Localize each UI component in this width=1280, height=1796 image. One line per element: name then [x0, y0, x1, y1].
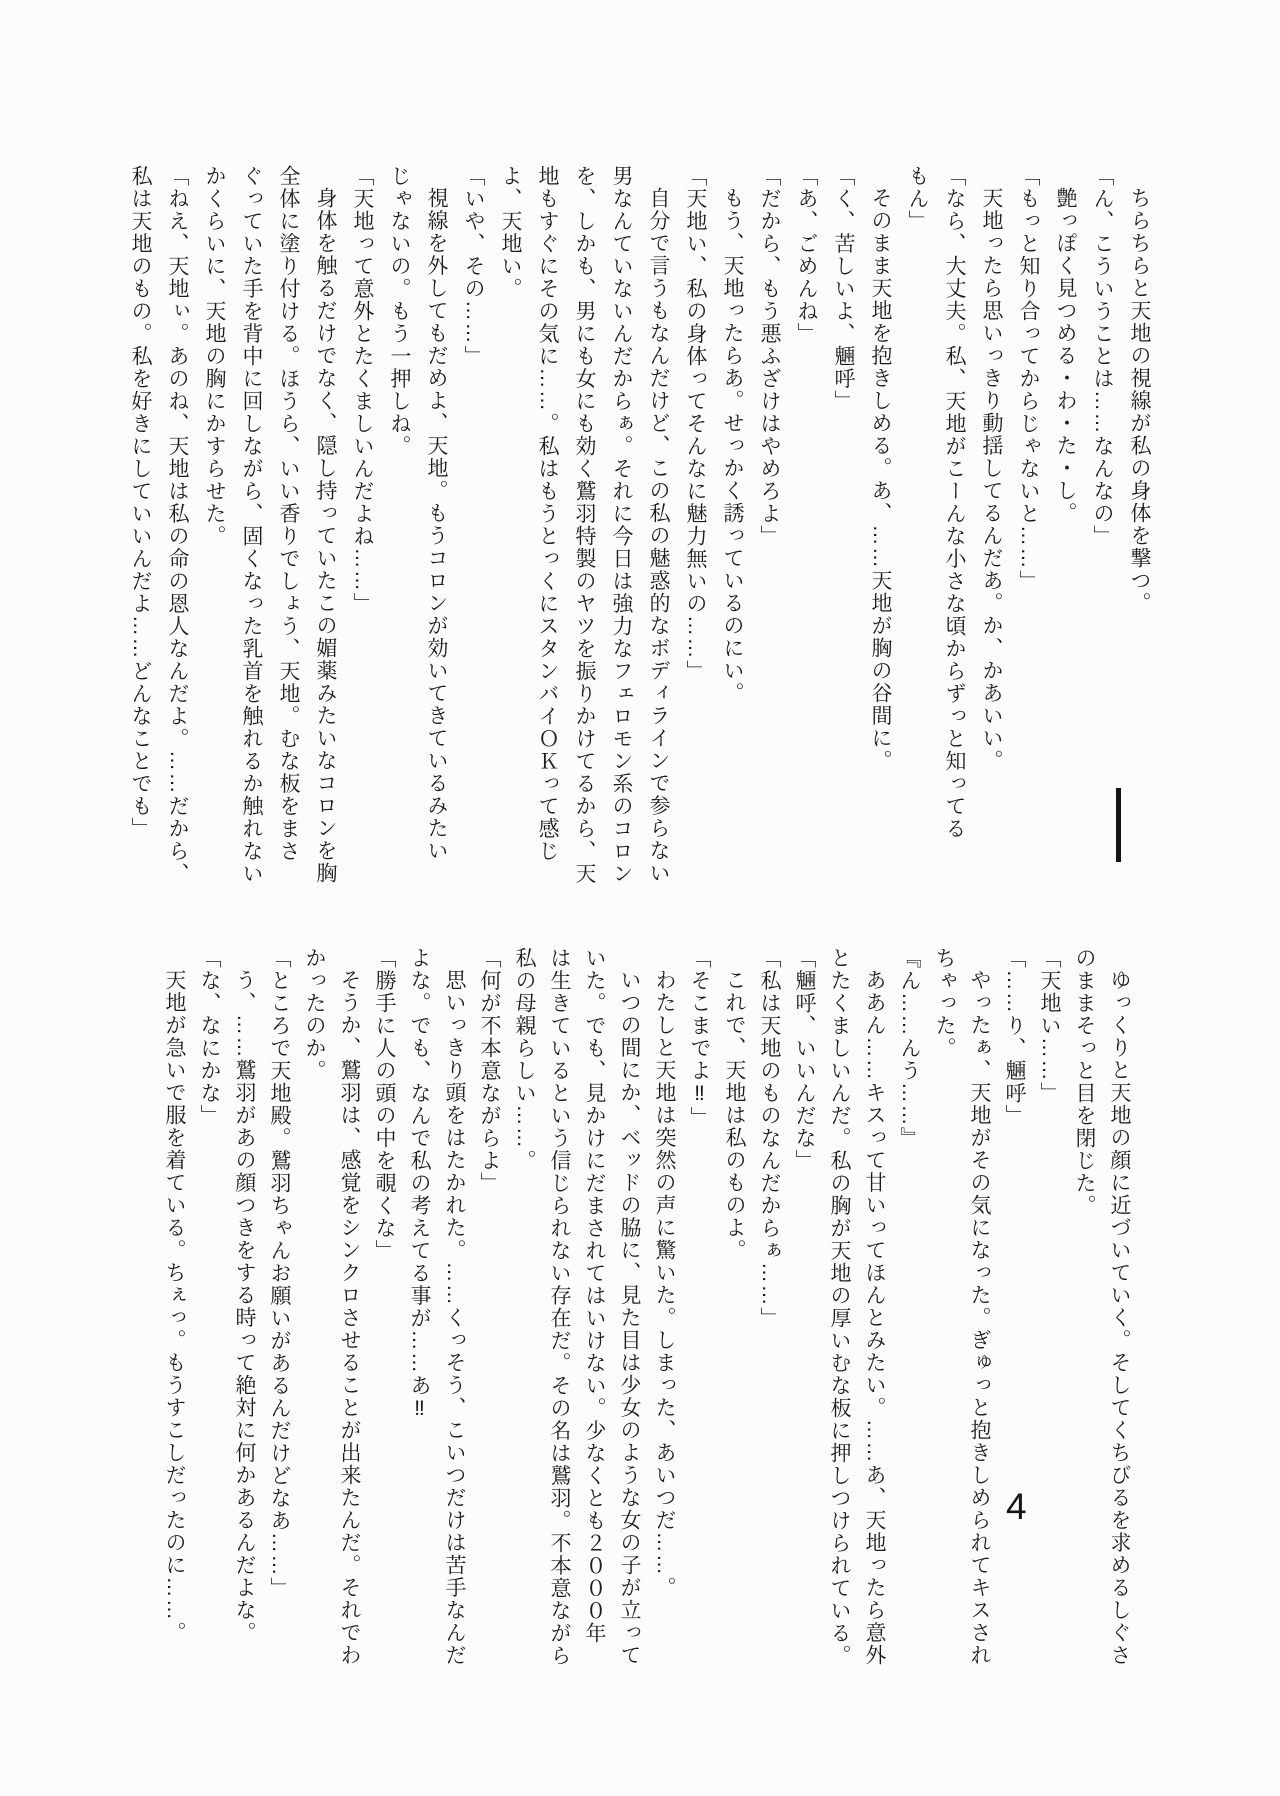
text-line: わたしと天地は突然の声に驚いた。しまった、あいつだ……。 — [647, 947, 682, 1587]
text-line: 全体に塗り付ける。ほうら、いい香りでしょう、天地。むな板をまさ — [270, 165, 307, 805]
text-line: 「あ、ごめんね」 — [788, 165, 825, 805]
text-line: 視線を外してもだめよ、天地。もうコロンが効いてきているみたい — [418, 165, 455, 805]
text-line: 「ねえ、天地ぃ。あのね、天地は私の命の恩人なんだよ。……だから、 — [159, 165, 196, 805]
text-line: よ、天地い。 — [492, 165, 529, 805]
text-line: ゆっくりと天地の顔に近づいていく。そしてくちびるを求めるしぐさ — [1102, 947, 1137, 1587]
text-line: もう、天地ったらあ。せっかく誘っているのにい。 — [714, 165, 751, 805]
text-line: 男なんていないんだからぁ。それに今日は強力なフェロモン系のコロン — [603, 165, 640, 805]
text-line: 「天地って意外とたくましいんだよね……」 — [344, 165, 381, 805]
text-line: ぐっていた手を背中に回しながら、固くなった乳首を触れるか触れない — [233, 165, 270, 805]
text-line: 「そこまでよ‼」 — [682, 947, 717, 1587]
text-line: う、……鷲羽があの顔つきをする時って絶対に何かあるんだよな。 — [227, 947, 262, 1587]
text-line: 「魎呼、いいんだな」 — [787, 947, 822, 1587]
text-line: いつの間にか、ベッドの脇に、見た目は少女のような女の子が立って — [612, 947, 647, 1587]
text-line: とたくましいんだ。私の胸が天地の厚いむな板に押しつけられている。 — [822, 947, 857, 1587]
text-line: 「ところで天地殿。鷲羽ちゃんお願いがあるんだけどなあ……」 — [262, 947, 297, 1587]
text-line: 艶っぽく見つめる・わ・た・し。 — [1047, 165, 1084, 805]
text-line: は生きているという信じられない存在だ。その名は鷲羽。不本意ながら — [542, 947, 577, 1587]
text-line: 『ん……んう……』 — [892, 947, 927, 1587]
text-line: 「な、なにかな」 — [192, 947, 227, 1587]
text-line: 天地ったら思いっきり動揺してるんだあ。か、かあいい。 — [973, 165, 1010, 805]
text-line: 「く、苦しいよ、魎呼」 — [825, 165, 862, 805]
text-line: 私は天地のもの。私を好きにしていいんだよ……どんなことでも」 — [122, 165, 159, 805]
text-line: 私の母親らしい……。 — [507, 947, 542, 1587]
text-line: 思いっきり頭をはたかれた。……くっそう、こいつだけは苦手なんだ — [437, 947, 472, 1587]
text-line: 「なら、大丈夫。私、天地がこーんな小さな頃からずっと知ってる — [936, 165, 973, 805]
text-block-top: ちらちらと天地の視線が私の身体を撃つ。「ん、こういうことは……なんなの」艶っぽく… — [122, 165, 1158, 805]
text-line: 「何が不本意ながらよ」 — [472, 947, 507, 1587]
text-line: やったぁ、天地がその気になった。ぎゅっと抱きしめられてキスされ — [962, 947, 997, 1587]
text-line: 身体を触るだけでなく、隠し持っていたこの媚薬みたいなコロンを胸 — [307, 165, 344, 805]
text-line: 自分で言うもなんだけど、この私の魅惑的なボディラインで参らない — [640, 165, 677, 805]
text-line: ああん……キスって甘いってほんとみたい。……あ、天地ったら意外 — [857, 947, 892, 1587]
text-line: を、しかも、男にも女にも効く鷲羽特製のヤツを振りかけてるから、天 — [566, 165, 603, 805]
text-line: もん」 — [899, 165, 936, 805]
page-number: 4 — [1006, 1486, 1027, 1528]
text-line: 「だから、もう悪ふざけはやめろよ」 — [751, 165, 788, 805]
text-block-bottom: ゆっくりと天地の顔に近づいていく。そしてくちびるを求めるしぐさのままそっと目を閉… — [157, 947, 1137, 1587]
scanned-page: ちらちらと天地の視線が私の身体を撃つ。「ん、こういうことは……なんなの」艶っぽく… — [0, 0, 1280, 1796]
text-line: 「天地い、私の身体ってそんなに魅力無いの……」 — [677, 165, 714, 805]
text-line: かったのか。 — [297, 947, 332, 1587]
text-line: よな。でも、なんで私の考えてる事が……あ‼ — [402, 947, 437, 1587]
edge-mark — [1116, 788, 1121, 862]
text-line: 「勝手に人の頭の中を覗くな」 — [367, 947, 402, 1587]
text-line: ちらちらと天地の視線が私の身体を撃つ。 — [1121, 165, 1158, 805]
text-line: いた。でも、見かけにだまされてはいけない。少なくとも２０００年 — [577, 947, 612, 1587]
text-line: かくらいに、天地の胸にかすらせた。 — [196, 165, 233, 805]
text-line: 「いや、その……」 — [455, 165, 492, 805]
text-line: 「もっと知り合ってからじゃないと……」 — [1010, 165, 1047, 805]
text-line: 地もすぐにその気に……。私はもうとっくにスタンバイＯＫって感じ — [529, 165, 566, 805]
text-line: そのまま天地を抱きしめる。あ、……天地が胸の谷間に。 — [862, 165, 899, 805]
text-line: のままそっと目を閉じた。 — [1067, 947, 1102, 1587]
text-line: これで、天地は私のものよ。 — [717, 947, 752, 1587]
text-line: 「ん、こういうことは……なんなの」 — [1084, 165, 1121, 805]
text-line: 天地が急いで服を着ている。ちぇっ。もうすこしだったのに……。 — [157, 947, 192, 1587]
text-line: そうか、鷲羽は、感覚をシンクロさせることが出来たんだ。それでわ — [332, 947, 367, 1587]
text-line: 「私は天地のものなんだからぁ……」 — [752, 947, 787, 1587]
text-line: ちゃった。 — [927, 947, 962, 1587]
text-line: じゃないの。もう一押しね。 — [381, 165, 418, 805]
text-line: 「天地い……」 — [1032, 947, 1067, 1587]
